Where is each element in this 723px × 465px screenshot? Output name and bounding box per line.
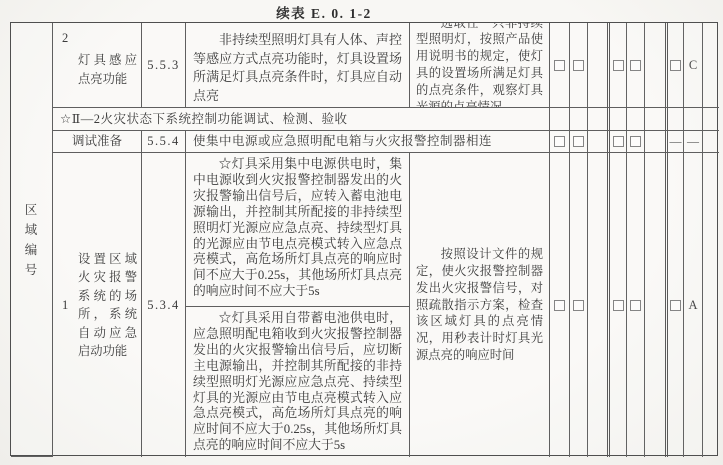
result-empty-cell xyxy=(702,108,719,130)
result-checkbox-cell xyxy=(665,153,683,457)
result-empty-cell xyxy=(702,23,719,107)
result-empty-cell xyxy=(665,108,683,130)
row2-section-number: 5.3.4 xyxy=(142,153,186,457)
result-empty-cell xyxy=(587,23,607,107)
result-checkbox-cell xyxy=(626,153,644,457)
row2-requirement-text: 按照设计文件的规定，使火灾报警控制器发出火灾报警信号，对照疏散指示方案，检查该区… xyxy=(410,246,549,364)
row2-item-number: 1 xyxy=(62,296,78,314)
result-checkbox-cell xyxy=(607,23,626,107)
row2-requirement-cell: 按照设计文件的规定，使火灾报警控制器发出火灾报警信号，对照疏散指示方案，检查该区… xyxy=(410,153,550,457)
result-empty-cell xyxy=(587,131,607,152)
result-checkbox-cell xyxy=(665,23,683,107)
row1-section-number: 5.5.3 xyxy=(142,23,186,108)
result-checkbox-cell xyxy=(626,23,644,107)
checkbox-icon xyxy=(670,300,681,311)
section-header-row: ☆Ⅱ—2火灾状态下系统控制功能调试、检测、验收 xyxy=(53,108,550,131)
result-empty-cell xyxy=(550,108,569,130)
prep-row-result-columns: —— xyxy=(550,131,719,153)
row1-item-label: 灯具感应点亮功能 xyxy=(78,29,137,107)
result-checkbox-cell xyxy=(550,131,569,152)
result-empty-cell xyxy=(644,153,665,457)
row1-procedure-text: 非持续型照明灯具有人体、声控等感应方式点亮功能时，灯具设置场所满足灯具点亮条件时… xyxy=(186,23,410,108)
result-checkbox-cell xyxy=(607,153,626,457)
checkbox-icon xyxy=(554,136,565,147)
checkbox-icon xyxy=(630,136,641,147)
result-empty-cell xyxy=(702,131,719,152)
result-empty-cell xyxy=(644,108,665,130)
result-empty-cell xyxy=(702,153,719,457)
result-empty-cell xyxy=(569,108,587,130)
checkbox-icon xyxy=(573,60,584,71)
row2-procedure-text-b: ☆灯具采用自带蓄电池供电时，应急照明配电箱收到火灾报警控制器发出的火灾报警输出信… xyxy=(186,307,410,457)
result-checkbox-cell xyxy=(569,23,587,107)
result-checkbox-cell xyxy=(550,23,569,107)
result-empty-cell xyxy=(607,108,626,130)
checkbox-icon xyxy=(613,136,624,147)
row2-item-cell: 1 设置区域火灾报警系统的场所，系统自动应急启动功能 xyxy=(53,153,142,457)
row1-result-columns: C xyxy=(550,23,719,108)
prep-row-text: 使集中电源或应急照明配电箱与火灾报警控制器相连 xyxy=(186,131,550,153)
result-checkbox-cell xyxy=(550,153,569,457)
checkbox-icon xyxy=(554,60,565,71)
region-number-label: 区域编号 xyxy=(19,200,44,280)
record-table: 区域编号 2 灯具感应点亮功能 5.5.3 非持续型照明灯具有人体、声控等感应方… xyxy=(10,22,718,456)
row2-procedure-text-a: ☆灯具采用集中电源供电时，集中电源收到火灾报警控制器发出的火灾报警输出信号后，应… xyxy=(186,153,410,307)
checkbox-icon xyxy=(613,300,624,311)
row1-item-number: 2 xyxy=(62,29,78,107)
checkbox-icon xyxy=(613,60,624,71)
result-checkbox-cell xyxy=(569,131,587,152)
checkbox-icon xyxy=(630,60,641,71)
result-dash-cell: — xyxy=(683,131,702,152)
row1-requirement-cell: 选取任一只非持续型照明灯，按照产品使用说明书的规定，使灯具的设置场所满足灯具的点… xyxy=(410,23,550,108)
result-empty-cell xyxy=(587,153,607,457)
checkbox-icon xyxy=(630,300,641,311)
result-dash-cell: — xyxy=(665,131,683,152)
result-grade-cell: C xyxy=(683,23,702,107)
checkbox-icon xyxy=(573,300,584,311)
prep-row-label: 调试准备 xyxy=(53,131,142,153)
result-empty-cell xyxy=(626,108,644,130)
table-title: 续表 E. 0. 1-2 xyxy=(238,2,410,22)
result-empty-cell xyxy=(587,108,607,130)
row2-result-columns: A xyxy=(550,153,719,457)
row1-requirement-text: 选取任一只非持续型照明灯，按照产品使用说明书的规定，使灯具的设置场所满足灯具的点… xyxy=(410,23,549,108)
row1-item-cell: 2 灯具感应点亮功能 xyxy=(53,23,142,108)
region-number-column-header: 区域编号 xyxy=(11,23,53,457)
result-checkbox-cell xyxy=(607,131,626,152)
result-empty-cell xyxy=(644,23,665,107)
checkbox-icon xyxy=(573,136,584,147)
result-checkbox-cell xyxy=(569,153,587,457)
result-grade-cell: A xyxy=(683,153,702,457)
checkbox-icon xyxy=(554,300,565,311)
checkbox-icon xyxy=(670,60,681,71)
row2-item-label: 设置区域火灾报警系统的场所，系统自动应急启动功能 xyxy=(78,250,137,361)
result-checkbox-cell xyxy=(626,131,644,152)
result-empty-cell xyxy=(644,131,665,152)
prep-row-section-number: 5.5.4 xyxy=(142,131,186,153)
section-header-result-columns xyxy=(550,108,719,131)
result-empty-cell xyxy=(683,108,702,130)
